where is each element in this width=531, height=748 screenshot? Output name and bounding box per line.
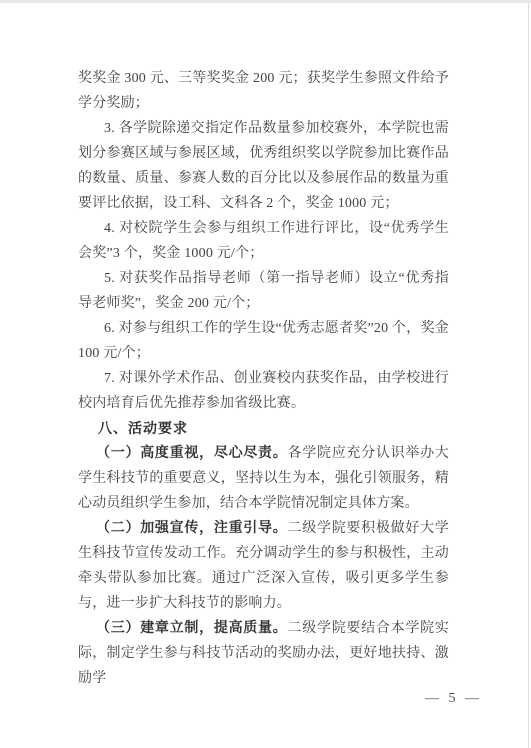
paragraph-item-6: 6. 对参与组织工作的学生设“优秀志愿者奖”20 个，奖金 100 元/个；	[78, 316, 449, 366]
requirement-1-lead: （一）高度重视，尽心尽责。	[96, 446, 288, 461]
paragraph-requirement-3: （三）建章立制，提高质量。二级学院要结合本学院实际，制定学生参与科技节活动的奖励…	[78, 616, 449, 691]
page-right-edge	[528, 3, 529, 748]
paragraph-continuation: 奖奖金 300 元、三等奖奖金 200 元；获奖学生参照文件给予学分奖励；	[78, 66, 449, 116]
paragraph-item-4: 4. 对校院学生会参与组织工作进行评比，设“优秀学生会奖”3 个，奖金 1000…	[78, 216, 449, 266]
page-top-edge	[0, 0, 531, 3]
page-content: 奖奖金 300 元、三等奖奖金 200 元；获奖学生参照文件给予学分奖励； 3.…	[78, 66, 449, 691]
section-heading: 八、活动要求	[78, 416, 449, 441]
requirement-3-lead: （三）建章立制，提高质量。	[96, 621, 288, 636]
paragraph-requirement-2: （二）加强宣传，注重引导。二级学院要积极做好大学生科技节宣传发动工作。充分调动学…	[78, 516, 449, 616]
requirement-2-lead: （二）加强宣传，注重引导。	[96, 521, 288, 536]
paragraph-item-5: 5. 对获奖作品指导老师（第一指导老师）设立“优秀指导老师奖”，奖金 200 元…	[78, 266, 449, 316]
paragraph-item-7: 7. 对课外学术作品、创业赛校内获奖作品，由学校进行校内培育后优先推荐参加省级比…	[78, 366, 449, 416]
paragraph-item-3: 3. 各学院除递交指定作品数量参加校赛外，本学院也需划分参赛区域与参展区域，优秀…	[78, 116, 449, 216]
page-number: — 5 —	[425, 691, 482, 707]
document-page: 奖奖金 300 元、三等奖奖金 200 元；获奖学生参照文件给予学分奖励； 3.…	[0, 0, 531, 748]
paragraph-requirement-1: （一）高度重视，尽心尽责。各学院应充分认识举办大学生科技节的重要意义，坚持以生为…	[78, 441, 449, 516]
